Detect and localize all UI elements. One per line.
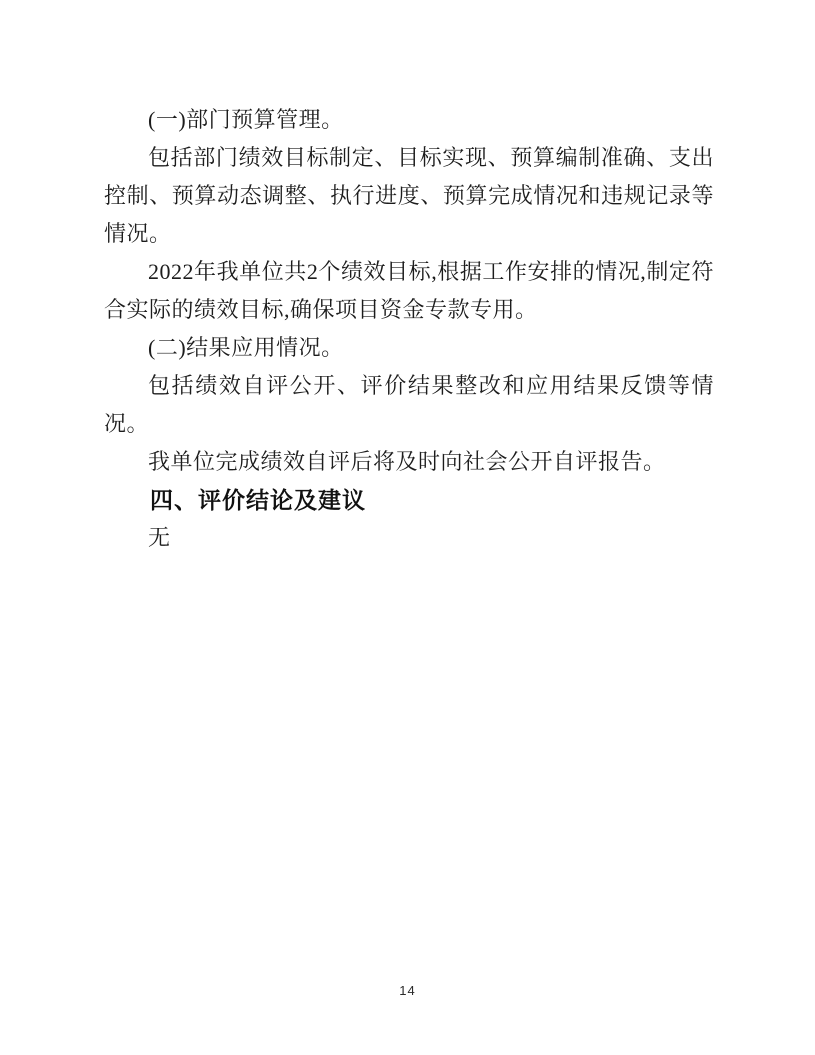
paragraph-conclusion-none: 无 [104, 519, 714, 557]
paragraph-performance-targets: 2022年我单位共2个绩效目标,根据工作安排的情况,制定符合实际的绩效目标,确保… [104, 253, 714, 329]
paragraph-result-application-scope: 包括绩效自评公开、评价结果整改和应用结果反馈等情况。 [104, 367, 714, 443]
page-footer: 14 [0, 982, 815, 1000]
paragraph-section-2-title: (二)结果应用情况。 [104, 329, 714, 367]
paragraph-section-1-title: (一)部门预算管理。 [104, 101, 714, 139]
page-number: 14 [399, 983, 415, 998]
document-body: (一)部门预算管理。 包括部门绩效目标制定、目标实现、预算编制准确、支出控制、预… [104, 101, 714, 557]
document-page: (一)部门预算管理。 包括部门绩效目标制定、目标实现、预算编制准确、支出控制、预… [0, 0, 815, 1055]
section-heading-conclusion: 四、评价结论及建议 [104, 481, 714, 519]
paragraph-self-evaluation-disclosure: 我单位完成绩效自评后将及时向社会公开自评报告。 [104, 443, 714, 481]
paragraph-budget-management-scope: 包括部门绩效目标制定、目标实现、预算编制准确、支出控制、预算动态调整、执行进度、… [104, 139, 714, 253]
